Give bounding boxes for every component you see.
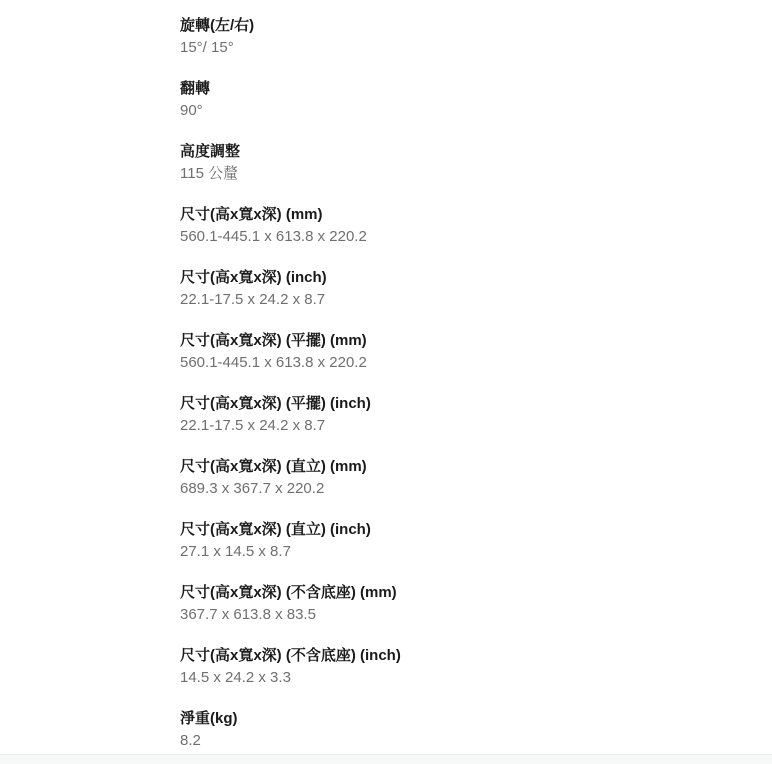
spec-label: 尺寸(高x寬x深) (平擺) (mm)	[180, 330, 752, 352]
spec-label: 尺寸(高x寬x深) (不含底座) (mm)	[180, 582, 752, 604]
spec-item: 翻轉 90°	[180, 78, 752, 122]
spec-item: 尺寸(高x寬x深) (平擺) (inch) 22.1-17.5 x 24.2 x…	[180, 393, 752, 437]
spec-label: 尺寸(高x寬x深) (直立) (mm)	[180, 456, 752, 478]
spec-label: 高度調整	[180, 141, 752, 163]
spec-label: 尺寸(高x寬x深) (不含底座) (inch)	[180, 645, 752, 667]
spec-value: 689.3 x 367.7 x 220.2	[180, 478, 752, 500]
spec-label: 尺寸(高x寬x深) (inch)	[180, 267, 752, 289]
spec-value: 560.1-445.1 x 613.8 x 220.2	[180, 226, 752, 248]
spec-item: 尺寸(高x寬x深) (直立) (inch) 27.1 x 14.5 x 8.7	[180, 519, 752, 563]
spec-label: 尺寸(高x寬x深) (mm)	[180, 204, 752, 226]
spec-list: 旋轉(左/右) 15°/ 15° 翻轉 90° 高度調整 115 公釐 尺寸(高…	[0, 0, 772, 752]
spec-value: 90°	[180, 100, 752, 122]
section-divider	[0, 754, 772, 764]
spec-label: 旋轉(左/右)	[180, 15, 752, 37]
spec-value: 22.1-17.5 x 24.2 x 8.7	[180, 415, 752, 437]
spec-item: 旋轉(左/右) 15°/ 15°	[180, 15, 752, 59]
spec-value: 14.5 x 24.2 x 3.3	[180, 667, 752, 689]
spec-label: 淨重(kg)	[180, 708, 752, 730]
spec-value: 560.1-445.1 x 613.8 x 220.2	[180, 352, 752, 374]
spec-item: 尺寸(高x寬x深) (不含底座) (inch) 14.5 x 24.2 x 3.…	[180, 645, 752, 689]
spec-value: 27.1 x 14.5 x 8.7	[180, 541, 752, 563]
spec-label: 尺寸(高x寬x深) (直立) (inch)	[180, 519, 752, 541]
spec-item: 尺寸(高x寬x深) (平擺) (mm) 560.1-445.1 x 613.8 …	[180, 330, 752, 374]
spec-item: 尺寸(高x寬x深) (不含底座) (mm) 367.7 x 613.8 x 83…	[180, 582, 752, 626]
spec-item: 淨重(kg) 8.2	[180, 708, 752, 752]
spec-item: 尺寸(高x寬x深) (直立) (mm) 689.3 x 367.7 x 220.…	[180, 456, 752, 500]
spec-label: 翻轉	[180, 78, 752, 100]
spec-value: 367.7 x 613.8 x 83.5	[180, 604, 752, 626]
spec-item: 尺寸(高x寬x深) (inch) 22.1-17.5 x 24.2 x 8.7	[180, 267, 752, 311]
spec-item: 尺寸(高x寬x深) (mm) 560.1-445.1 x 613.8 x 220…	[180, 204, 752, 248]
spec-value: 22.1-17.5 x 24.2 x 8.7	[180, 289, 752, 311]
spec-page: 旋轉(左/右) 15°/ 15° 翻轉 90° 高度調整 115 公釐 尺寸(高…	[0, 0, 772, 764]
spec-value: 8.2	[180, 730, 752, 752]
spec-value: 15°/ 15°	[180, 37, 752, 59]
spec-label: 尺寸(高x寬x深) (平擺) (inch)	[180, 393, 752, 415]
spec-value: 115 公釐	[180, 163, 752, 185]
spec-item: 高度調整 115 公釐	[180, 141, 752, 185]
